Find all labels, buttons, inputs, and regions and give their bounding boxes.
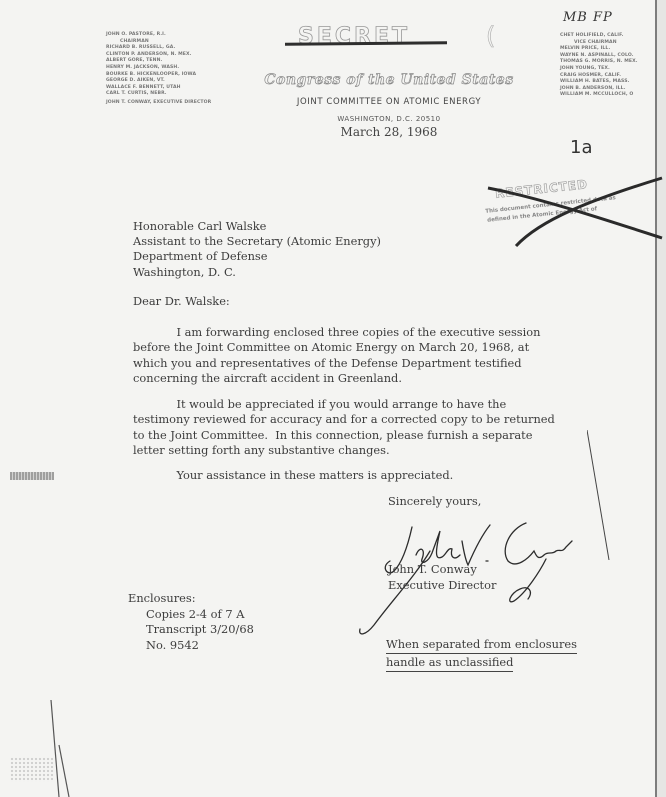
recipient-line: Washington, D. C. <box>133 265 381 280</box>
enclosures-list: Enclosures:Copies 2-4 of 7 ATranscript 3… <box>128 591 254 653</box>
vice-chairman-name: Chet Holifield, Calif. <box>560 33 638 40</box>
recipient-line: Assistant to the Secretary (Atomic Energ… <box>133 234 381 249</box>
body-paragraph: I am forwarding enclosed three copies of… <box>133 325 633 387</box>
member-name: Carl T. Curtis, Nebr. <box>106 91 211 98</box>
member-name: Henry M. Jackson, Wash. <box>106 65 211 72</box>
committee-name: Joint Committee on Atomic Energy <box>254 97 524 107</box>
body-paragraph: Your assistance in these matters is appr… <box>133 468 633 483</box>
stamp-fragment: ( <box>486 22 495 50</box>
body-line: concerning the aircraft accident in Gree… <box>133 371 633 386</box>
member-list: Richard B. Russell, Ga. Clinton P. Ander… <box>106 45 211 98</box>
member-name: John Young, Tex. <box>560 66 638 73</box>
handling-line: handle as unclassified <box>386 654 513 672</box>
member-name: Thomas G. Morris, N. Mex. <box>560 59 638 66</box>
body-line: to the Joint Committee. In this connecti… <box>133 428 633 443</box>
enclosures-label: Enclosures: <box>128 591 254 607</box>
enclosure-item: Copies 2-4 of 7 A <box>146 607 254 623</box>
handwritten-page-ref: 1a <box>570 137 592 158</box>
body-line: testimony reviewed for accuracy and for … <box>133 412 633 427</box>
handwritten-initials: MB FP <box>563 10 613 25</box>
executive-director-line: John T. Conway, Executive Director <box>106 100 211 107</box>
fold-mark-icon <box>587 430 617 560</box>
institution-name: Congress of the United States <box>254 72 524 88</box>
enclosure-item: No. 9542 <box>146 638 254 654</box>
enclosure-item: Transcript 3/20/68 <box>146 622 254 638</box>
member-list: Melvin Price, Ill. Wayne N. Aspinall, Co… <box>560 46 638 99</box>
body-line: I am forwarding enclosed three copies of… <box>133 325 633 340</box>
recipient-line: Honorable Carl Walske <box>133 219 381 234</box>
member-name: William H. Bates, Mass. <box>560 79 638 86</box>
house-members-roster: Chet Holifield, Calif. Vice Chairman Mel… <box>560 33 638 99</box>
handling-note: When separated from enclosureshandle as … <box>386 636 577 672</box>
signer-block: John T. ConwayExecutive Director <box>388 561 496 593</box>
member-name: Melvin Price, Ill. <box>560 46 638 53</box>
senate-members-roster: John O. Pastore, R.I. Chairman Richard B… <box>106 32 211 107</box>
chairman-name: John O. Pastore, R.I. <box>106 32 211 39</box>
member-name: Albert Gore, Tenn. <box>106 58 211 65</box>
body-line: before the Joint Committee on Atomic Ene… <box>133 340 633 355</box>
member-name: Richard B. Russell, Ga. <box>106 45 211 52</box>
recipient-address: Honorable Carl WalskeAssistant to the Se… <box>133 219 381 280</box>
handling-line: When separated from enclosures <box>386 636 577 654</box>
cross-out-mark-icon <box>480 170 665 250</box>
member-name: William M. McCulloch, O <box>560 92 638 99</box>
body-line: Your assistance in these matters is appr… <box>133 468 633 483</box>
body-line: It would be appreciated if you would arr… <box>133 397 633 412</box>
letter-date: March 28, 1968 <box>254 125 524 139</box>
scan-artifact <box>10 472 54 480</box>
body-paragraph: It would be appreciated if you would arr… <box>133 397 633 459</box>
recipient-line: Department of Defense <box>133 249 381 264</box>
scanned-letter-page: John O. Pastore, R.I. Chairman Richard B… <box>0 0 666 797</box>
signer-title: Executive Director <box>388 577 496 593</box>
member-name: George D. Aiken, Vt. <box>106 78 211 85</box>
scan-streak-icon <box>45 700 75 797</box>
body-line: which you and representatives of the Def… <box>133 356 633 371</box>
committee-address: Washington, D.C. 20510 <box>254 115 524 123</box>
salutation: Dear Dr. Walske: <box>133 294 230 309</box>
body-line: letter setting forth any substantive cha… <box>133 443 633 458</box>
signer-name: John T. Conway <box>388 561 496 577</box>
scan-margin <box>657 0 666 797</box>
